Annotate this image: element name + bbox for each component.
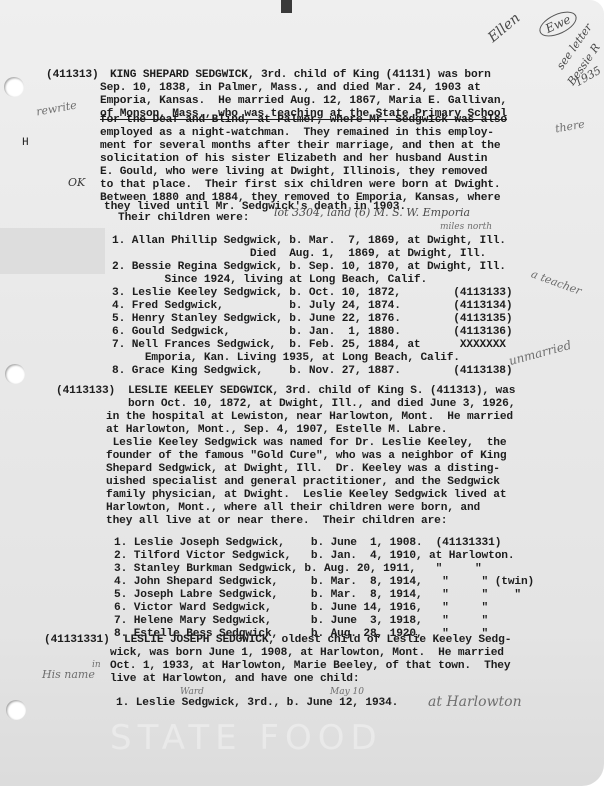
annotation-his-name: His name — [42, 668, 95, 681]
annotation-ok: OK — [68, 176, 85, 189]
child-row: Died Aug. 1, 1869, at Dwight, Ill. — [112, 248, 486, 261]
child-row: 1. Leslie Joseph Sedgwick, b. June 1, 19… — [114, 537, 501, 550]
entry-2-line: founder of the famous "Gold Cure", who w… — [106, 450, 506, 463]
entry-1-line: E. Gould, who were living at Dwight, Ill… — [100, 166, 487, 179]
entry-2-line: Shepard Sedgwick, at Dwight, Ill. Dr. Ke… — [106, 463, 500, 476]
child-row: 6. Gould Sedgwick, b. Jan. 1, 1880. (411… — [112, 326, 512, 339]
entry-1-line: for the Deaf and Blind, at Palmer, where… — [100, 114, 507, 127]
watermark: STATE FOOD — [110, 718, 383, 758]
annotation-married-in: in — [92, 660, 101, 670]
annotation-ellen: Ellen — [485, 10, 523, 46]
child-row: 7. Nell Frances Sedgwick, b. Feb. 25, 18… — [112, 339, 506, 352]
punch-hole-middle — [5, 364, 25, 384]
paper-clip — [281, 0, 292, 13]
entry-1-line: employed as a night-watchman. They remai… — [100, 127, 494, 140]
punch-hole-top — [4, 77, 24, 97]
entry-2-line: they all live at or near there. Their ch… — [106, 515, 447, 528]
entry-1-line: Emporia, Kansas. He married Aug. 12, 186… — [100, 95, 507, 108]
entry-3-line: live at Harlowton, and have one child: — [110, 673, 359, 686]
entry-2-id: (4113133) — [56, 385, 115, 398]
child-row: Since 1924, living at Long Beach, Calif. — [112, 274, 427, 287]
annotation-miles-north: miles north — [440, 222, 492, 232]
scanned-document-page: STATE FOOD (411313) KING SHEPARD SEDGWIC… — [0, 0, 604, 786]
entry-1-id: (411313) — [46, 69, 99, 82]
annotation-there: there — [554, 118, 586, 136]
pasted-paper-strip — [0, 228, 105, 274]
child-row: 7. Helene Mary Sedgwick, b. June 3, 1918… — [114, 615, 488, 628]
child-row: 5. Joseph Labre Sedgwick, b. Mar. 8, 191… — [114, 589, 521, 602]
entry-2-line: born Oct. 10, 1872, at Dwight, Ill., and… — [128, 398, 515, 411]
child-row: 2. Tilford Victor Sedgwick, b. Jan. 4, 1… — [114, 550, 514, 563]
annotation-may: May 10 — [330, 687, 364, 697]
child-row: 4. Fred Sedgwick, b. July 24, 1874. (411… — [112, 300, 512, 313]
entry-1-line: solicitation of his sister Elizabeth and… — [100, 153, 487, 166]
entry-1-line: Sep. 10, 1838, in Palmer, Mass., and die… — [100, 82, 481, 95]
punch-hole-bottom — [6, 700, 26, 720]
child-row: 2. Bessie Regina Sedgwick, b. Sep. 10, 1… — [112, 261, 506, 274]
annotation-ward: Ward — [180, 687, 204, 697]
entry-2-line: in the hospital at Lewiston, near Harlow… — [106, 411, 513, 424]
child-row: 6. Victor Ward Sedgwick, b. June 14, 191… — [114, 602, 488, 615]
annotation-unmarried: unmarried — [507, 338, 573, 368]
entry-2-line: LESLIE KEELEY SEDGWICK, 3rd. child of Ki… — [128, 385, 515, 398]
annotation-h-mark: H — [22, 137, 29, 150]
child-row: 8. Grace King Sedgwick, b. Nov. 27, 1887… — [112, 365, 512, 378]
annotation-harlowton: at Harlowton — [428, 694, 522, 710]
entry-2-line: family physician, at Dwight. Leslie Keel… — [106, 489, 506, 502]
entry-1-line: ment for several months after their marr… — [100, 140, 500, 153]
entry-2-line: Harlowton, Mont., where all their childr… — [106, 502, 480, 515]
entry-3-id: (41131331) — [44, 634, 110, 647]
child-row: 5. Henry Stanley Sedgwick, b. June 22, 1… — [112, 313, 512, 326]
annotation-a-teacher: a teacher — [529, 267, 583, 297]
child-row: 1. Allan Phillip Sedgwick, b. Mar. 7, 18… — [112, 235, 506, 248]
child-row: 3. Stanley Burkman Sedgwick, b. Aug. 20,… — [114, 563, 482, 576]
entry-1-line: KING SHEPARD SEDGWICK, 3rd. child of Kin… — [110, 69, 491, 82]
annotation-lot-land: lot 3304, land (6) M. S. W. Emporia — [274, 206, 470, 219]
entry-1-line: to that place. Their first six children … — [100, 179, 500, 192]
child-row: 1. Leslie Sedgwick, 3rd., b. June 12, 19… — [116, 697, 398, 710]
entry-3-line: Oct. 1, 1933, at Harlowton, Marie Beeley… — [110, 660, 510, 673]
child-row: 3. Leslie Keeley Sedgwick, b. Oct. 10, 1… — [112, 287, 512, 300]
entry-3-line: wick, was born June 1, 1908, at Harlowto… — [110, 647, 504, 660]
child-row: Emporia, Kan. Living 1935, at Long Beach… — [112, 352, 460, 365]
child-row: 4. John Shepard Sedgwick, b. Mar. 8, 191… — [114, 576, 534, 589]
entry-2-line: at Harlowton, Mont., Sep. 4, 1907, Estel… — [106, 424, 447, 437]
children-intro: Their children were: — [118, 212, 249, 225]
entry-3-line: LESLIE JOSEPH SEDGWICK, oldest child of … — [124, 634, 511, 647]
entry-2-line: uished specialist and general practition… — [106, 476, 500, 489]
annotation-rewrite: rewrite — [35, 99, 78, 119]
entry-2-line: Leslie Keeley Sedgwick was named for Dr.… — [106, 437, 506, 450]
